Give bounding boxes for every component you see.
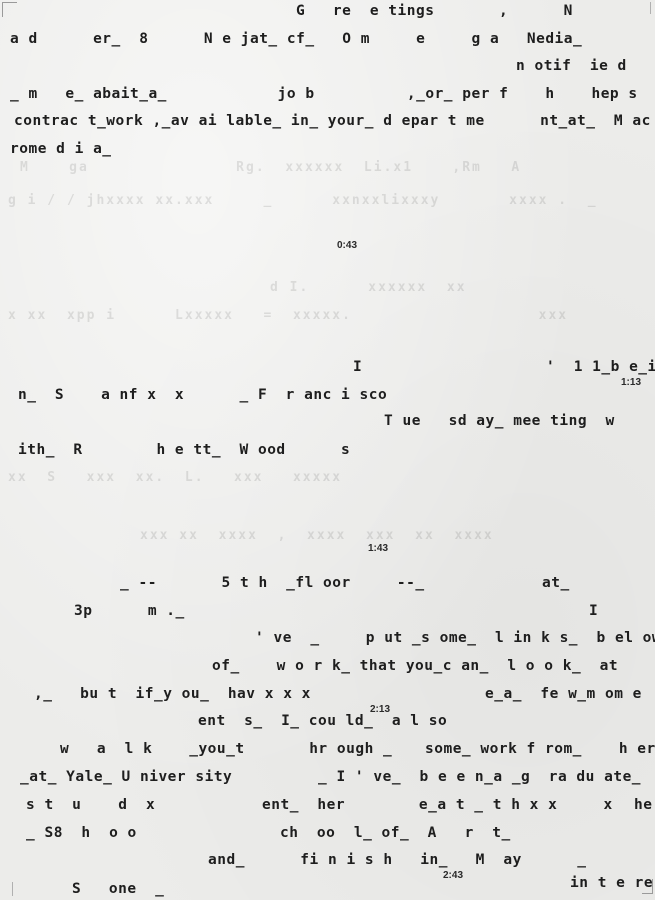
text-line: in t e re <box>570 876 653 891</box>
text-line: ' 1 1_b e_i <box>546 360 655 375</box>
text-line: and_ fi n i s h in_ M ay _ <box>208 853 586 868</box>
text-line: _ S8 h o o <box>26 826 137 841</box>
text-line: n otif ie d <box>516 59 627 74</box>
text-line: _ m e_ abait_a_ jo b ,_or_ per f h hep s <box>10 87 638 102</box>
text-line: s t u d x <box>26 798 155 813</box>
text-line: n_ S a nf x x _ F r anc i sco <box>18 388 387 403</box>
text-line: e_a_ fe w_m om e <box>485 687 642 702</box>
text-line: T ue sd ay_ mee ting w w <box>384 414 655 429</box>
text-line: ith_ R h e tt_ W ood s <box>18 443 350 458</box>
ghost-text: M ga Rg. xxxxxx Li.x1 ,Rm A <box>20 160 521 175</box>
text-line: _at_ Yale_ U niver sity <box>20 770 232 785</box>
timestamp: 2:43 <box>443 870 463 881</box>
ghost-text: xxx xx xxxx , xxxx xxx xx xxxx <box>140 528 494 543</box>
text-line: ,_ bu t if_y ou_ hav x x x <box>34 687 311 702</box>
ghost-text: x xx xpp i Lxxxxx = xxxxx. xxx <box>8 308 568 323</box>
text-line: of_ w o r k_ that you_c an_ l o o k_ at <box>212 659 618 674</box>
text-line: G re e tings , N <box>296 4 573 19</box>
timestamp: 1:43 <box>368 543 388 554</box>
ghost-text: d I. xxxxxx xx <box>270 280 467 295</box>
text-line: a d er_ 8 N e jat_ cf_ O m e g a Nedia_ <box>10 32 582 47</box>
text-line: I <box>353 360 362 375</box>
text-line: ent_ her e_a t _ t h x x x <box>262 798 613 813</box>
page-corner-mark <box>2 2 17 17</box>
text-line: I <box>589 604 598 619</box>
text-line: w a l k _you_t hr ough _ <box>60 742 392 757</box>
text-line: he <box>634 798 652 813</box>
text-line: some_ work f rom_ h ere <box>425 742 655 757</box>
text-line: 3p m ._ <box>74 604 185 619</box>
text-line: _ -- 5 t h _fl oor --_ <box>120 576 425 591</box>
page-edge-mark <box>650 2 651 14</box>
text-line: ent s_ I_ cou ld_ a l so <box>198 714 447 729</box>
text-line: rome d i a_ <box>10 142 112 157</box>
text-line: _ I ' ve_ b e e n_a _g ra du ate_ <box>318 770 641 785</box>
text-line: ' ve _ p ut _s ome_ l in k s_ b el ow_ <box>255 631 655 646</box>
timestamp: 0:43 <box>337 240 357 251</box>
text-line: at_ <box>542 576 570 591</box>
timestamp: 1:13 <box>621 377 641 388</box>
page-edge-mark <box>12 882 13 896</box>
ghost-text: g i / / jhxxxx xx.xxx _ xxnxxlixxxy xxxx… <box>8 193 598 208</box>
text-line: S one _ <box>72 882 164 897</box>
text-line: ch oo l_ of_ A r t_ <box>280 826 511 841</box>
text-line: contrac t_work ,_av ai lable_ in_ your_ … <box>14 114 651 129</box>
ghost-text: xx S xxx xx. L. xxx xxxxx <box>8 470 342 485</box>
